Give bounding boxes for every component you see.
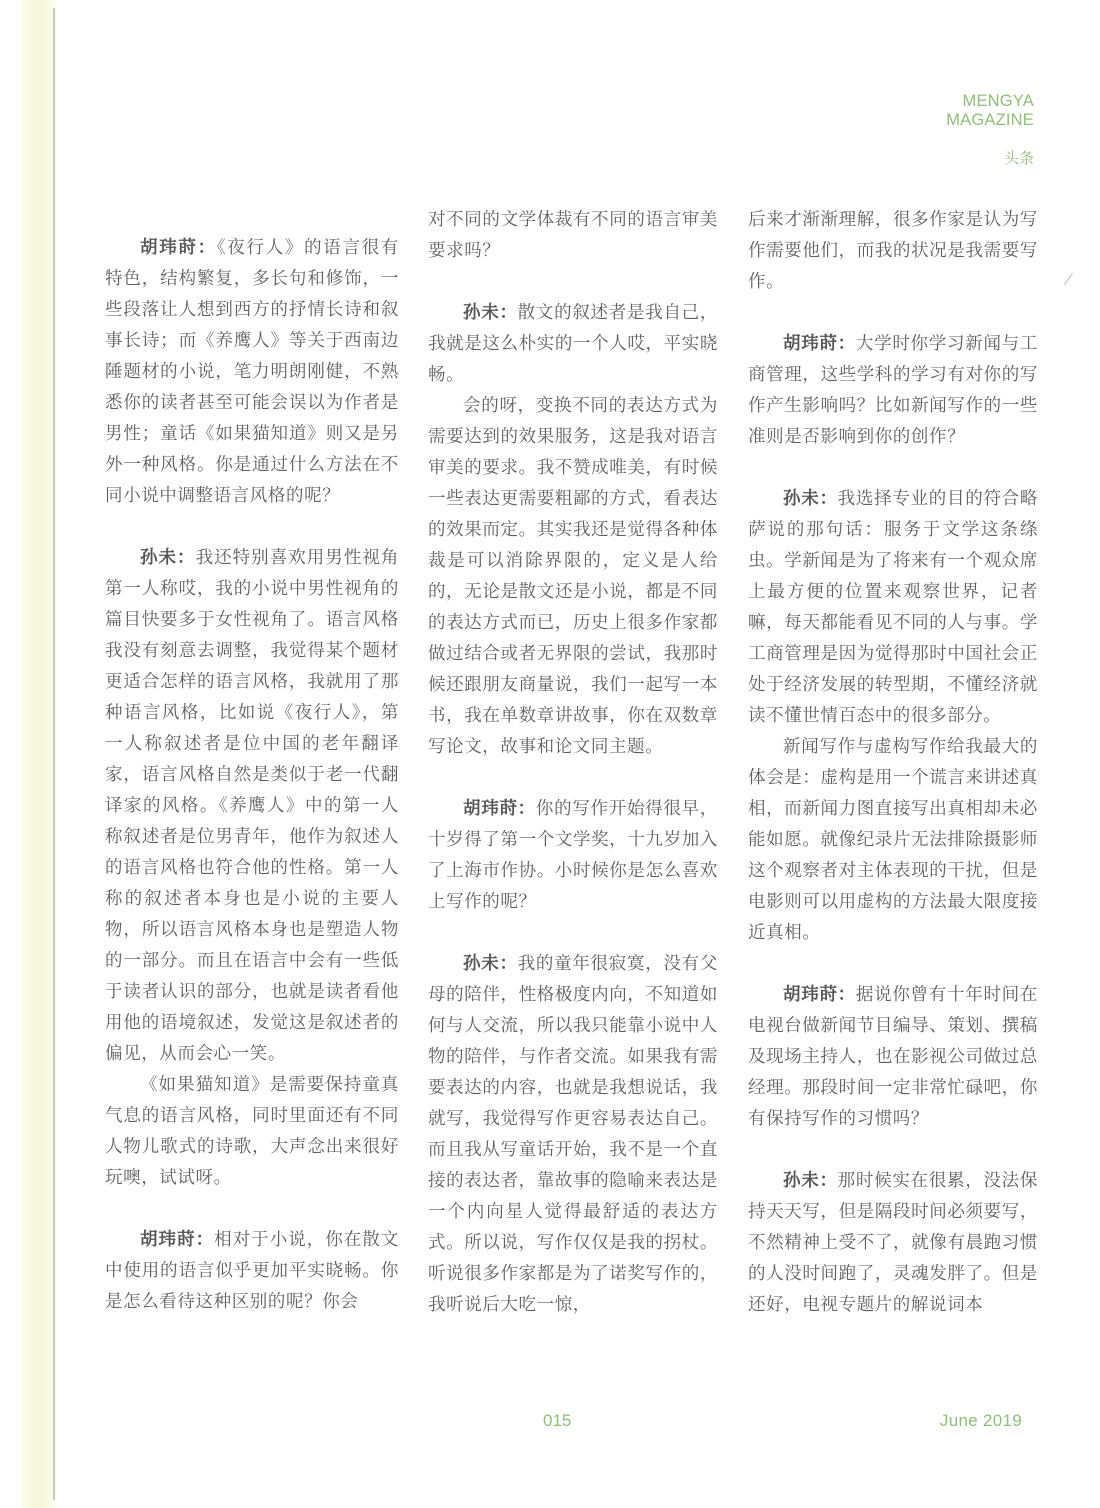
- text-column-2: 对不同的文学体裁有不同的语言审美要求吗？ 孙未：散文的叙述者是我自己，我就是这么…: [428, 205, 718, 1321]
- paragraph: 孙未：那时候实在很累，没法保持天天写，但是隔段时间必须要写，不然精神上受不了，就…: [748, 1166, 1038, 1321]
- paragraph: 对不同的文学体裁有不同的语言审美要求吗？: [428, 205, 718, 267]
- paragraph: 后来才渐渐理解，很多作家是认为写作需要他们，而我的状况是我需要写作。: [748, 205, 1038, 298]
- paragraph-text: 据说你曾有十年时间在电视台做新闻节目编导、策划、撰稿及现场主持人，也在影视公司做…: [748, 985, 1038, 1129]
- paragraph-text: 我选择专业的目的符合略萨说的那句话：服务于文学这条绦虫。学新闻是为了将来有一个观…: [748, 489, 1038, 726]
- paragraph-text: 对不同的文学体裁有不同的语言审美要求吗？: [428, 210, 718, 261]
- paragraph: 孙未：我还特别喜欢用男性视角第一人称哎，我的小说中男性视角的篇目快要多于女性视角…: [105, 543, 399, 1070]
- page-binding-strip: [22, 0, 56, 1508]
- issue-date: June 2019: [940, 1411, 1022, 1431]
- text-column-3: 后来才渐渐理解，很多作家是认为写作需要他们，而我的状况是我需要写作。 胡玮莳：大…: [748, 205, 1038, 1321]
- paragraph: 胡玮莳：据说你曾有十年时间在电视台做新闻节目编导、策划、撰稿及现场主持人，也在影…: [748, 980, 1038, 1135]
- speaker-label: 孙未：: [783, 1171, 838, 1191]
- masthead-line-2: MAGAZINE: [946, 111, 1034, 130]
- paragraph-text: 那时候实在很累，没法保持天天写，但是隔段时间必须要写，不然精神上受不了，就像有晨…: [748, 1171, 1038, 1315]
- paragraph: 孙未：我选择专业的目的符合略萨说的那句话：服务于文学这条绦虫。学新闻是为了将来有…: [748, 484, 1038, 732]
- speaker-label: 孙未：: [463, 954, 518, 974]
- page-binding-line: [53, 8, 55, 1500]
- paragraph: 《如果猫知道》是需要保持童真气息的语言风格，同时里面还有不同人物儿歌式的诗歌，大…: [105, 1070, 399, 1194]
- paragraph: 新闻写作与虚构写作给我最大的体会是：虚构是用一个谎言来讲述真相，而新闻力图直接写…: [748, 732, 1038, 949]
- paragraph-text: 我还特别喜欢用男性视角第一人称哎，我的小说中男性视角的篇目快要多于女性视角了。语…: [105, 548, 399, 1064]
- paragraph-text: 会的呀，变换不同的表达方式为需要达到的效果服务，这是我对语言审美的要求。我不赞成…: [428, 396, 718, 757]
- section-tag: 头条: [1004, 147, 1034, 168]
- speaker-label: 孙未：: [783, 489, 838, 509]
- speaker-label: 孙未：: [140, 548, 196, 568]
- speaker-label: 孙未：: [463, 303, 518, 323]
- paragraph: 胡玮莳：大学时你学习新闻与工商管理，这些学科的学习有对你的写作产生影响吗？比如新…: [748, 329, 1038, 453]
- speaker-label: 胡玮莳：: [463, 799, 536, 819]
- paragraph: 胡玮莳：相对于小说，你在散文中使用的语言似乎更加平实晓畅。你是怎么看待这种区别的…: [105, 1225, 399, 1318]
- speaker-label: 胡玮莳：: [140, 1230, 214, 1250]
- paragraph: 孙未：我的童年很寂寞，没有父母的陪伴，性格极度内向，不知道如何与人交流，所以我只…: [428, 949, 718, 1321]
- text-column-1: 胡玮莳：《夜行人》的语言很有特色，结构繁复，多长句和修饰，一些段落让人想到西方的…: [105, 233, 399, 1318]
- paragraph-text: 我的童年很寂寞，没有父母的陪伴，性格极度内向，不知道如何与人交流，所以我只能靠小…: [428, 954, 718, 1315]
- paragraph-text: 后来才渐渐理解，很多作家是认为写作需要他们，而我的状况是我需要写作。: [748, 210, 1038, 292]
- paragraph: 孙未：散文的叙述者是我自己，我就是这么朴实的一个人哎，平实晓畅。: [428, 298, 718, 391]
- paragraph: 胡玮莳：你的写作开始得很早，十岁得了第一个文学奖，十九岁加入了上海市作协。小时候…: [428, 794, 718, 918]
- paragraph-text: 《如果猫知道》是需要保持童真气息的语言风格，同时里面还有不同人物儿歌式的诗歌，大…: [105, 1075, 399, 1188]
- speaker-label: 胡玮莳：: [783, 334, 856, 354]
- paragraph: 胡玮莳：《夜行人》的语言很有特色，结构繁复，多长句和修饰，一些段落让人想到西方的…: [105, 233, 399, 512]
- paragraph: 会的呀，变换不同的表达方式为需要达到的效果服务，这是我对语言审美的要求。我不赞成…: [428, 391, 718, 763]
- masthead-line-1: MENGYA: [946, 92, 1034, 111]
- paragraph-text: 《夜行人》的语言很有特色，结构繁复，多长句和修饰，一些段落让人想到西方的抒情长诗…: [105, 238, 399, 506]
- magazine-masthead: MENGYA MAGAZINE: [946, 92, 1034, 130]
- page-number: 015: [543, 1411, 571, 1431]
- speaker-label: 胡玮莳：: [140, 238, 217, 258]
- scan-speck: [1064, 273, 1073, 285]
- paragraph-text: 新闻写作与虚构写作给我最大的体会是：虚构是用一个谎言来讲述真相，而新闻力图直接写…: [748, 737, 1038, 943]
- speaker-label: 胡玮莳：: [783, 985, 856, 1005]
